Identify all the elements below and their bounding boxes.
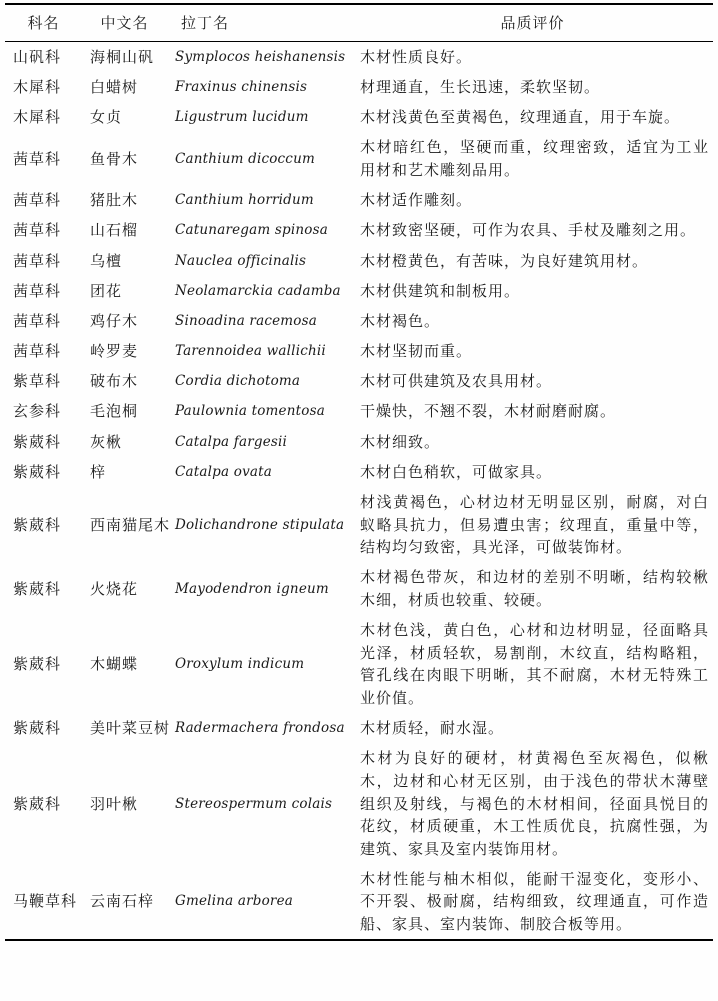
cell-chinese-name: 鱼骨木: [82, 133, 167, 186]
cell-latin-name: Tarennoidea wallichii: [167, 336, 352, 366]
cell-chinese-name: 团花: [82, 276, 167, 306]
cell-latin-name: Catunaregam spinosa: [167, 216, 352, 246]
cell-latin-name: Catalpa ovata: [167, 457, 352, 487]
cell-family: 茜草科: [5, 216, 82, 246]
cell-quality: 木材细致。: [352, 427, 713, 457]
table-row: 茜草科猪肚木Canthium horridum木材适作雕刻。: [5, 185, 713, 215]
cell-quality: 材浅黄褐色，心材边材无明显区别，耐腐，对白蚁略具抗力，但易遭虫害；纹理直，重量中…: [352, 487, 713, 562]
column-header-family: 科名: [5, 4, 82, 42]
cell-family: 紫葳科: [5, 744, 82, 865]
cell-quality: 木材致密坚硬，可作为农具、手杖及雕刻之用。: [352, 216, 713, 246]
cell-family: 茜草科: [5, 336, 82, 366]
table-row: 山矾科海桐山矾Symplocos heishanensis木材性质良好。: [5, 42, 713, 73]
table-row: 玄参科毛泡桐Paulownia tomentosa干燥快，不翘不裂，木材耐磨耐腐…: [5, 397, 713, 427]
cell-family: 紫草科: [5, 366, 82, 396]
cell-quality: 木材可供建筑及农具用材。: [352, 366, 713, 396]
cell-quality: 木材性能与柚木相似，能耐干湿变化，变形小、不开裂、极耐腐，结构细致，纹理通直，可…: [352, 864, 713, 940]
table-row: 茜草科鱼骨木Canthium dicoccum木材暗红色，坚硬而重，纹理密致，适…: [5, 133, 713, 186]
cell-chinese-name: 火烧花: [82, 563, 167, 616]
cell-latin-name: Sinoadina racemosa: [167, 306, 352, 336]
cell-chinese-name: 岭罗麦: [82, 336, 167, 366]
table-row: 木犀科女贞Ligustrum lucidum木材浅黄色至黄褐色，纹理通直，用于车…: [5, 102, 713, 132]
cell-chinese-name: 破布木: [82, 366, 167, 396]
cell-family: 玄参科: [5, 397, 82, 427]
cell-latin-name: Radermachera frondosa: [167, 713, 352, 743]
table-row: 紫葳科火烧花Mayodendron igneum木材褐色带灰，和边材的差别不明晰…: [5, 563, 713, 616]
table-row: 紫葳科美叶菜豆树Radermachera frondosa木材质轻，耐水湿。: [5, 713, 713, 743]
cell-family: 茜草科: [5, 306, 82, 336]
column-header-chinese-name: 中文名: [82, 4, 167, 42]
table-row: 茜草科乌檀Nauclea officinalis木材橙黄色，有苦味，为良好建筑用…: [5, 246, 713, 276]
cell-quality: 材理通直，生长迅速，柔软坚韧。: [352, 72, 713, 102]
cell-quality: 木材暗红色，坚硬而重，纹理密致，适宜为工业用材和艺术雕刻品用。: [352, 133, 713, 186]
cell-family: 茜草科: [5, 133, 82, 186]
cell-quality: 干燥快，不翘不裂，木材耐磨耐腐。: [352, 397, 713, 427]
cell-family: 马鞭草科: [5, 864, 82, 940]
table-row: 紫草科破布木Cordia dichotoma木材可供建筑及农具用材。: [5, 366, 713, 396]
column-header-latin-name: 拉丁名: [167, 4, 352, 42]
cell-chinese-name: 梓: [82, 457, 167, 487]
cell-quality: 木材坚韧而重。: [352, 336, 713, 366]
cell-quality: 木材供建筑和制板用。: [352, 276, 713, 306]
table-row: 紫葳科梓Catalpa ovata木材白色稍软，可做家具。: [5, 457, 713, 487]
cell-chinese-name: 女贞: [82, 102, 167, 132]
table-header-row: 科名 中文名 拉丁名 品质评价: [5, 4, 713, 42]
table-row: 紫葳科灰楸Catalpa fargesii木材细致。: [5, 427, 713, 457]
cell-family: 木犀科: [5, 72, 82, 102]
cell-chinese-name: 乌檀: [82, 246, 167, 276]
cell-quality: 木材浅黄色至黄褐色，纹理通直，用于车旋。: [352, 102, 713, 132]
cell-latin-name: Oroxylum indicum: [167, 615, 352, 713]
cell-chinese-name: 云南石梓: [82, 864, 167, 940]
table-row: 茜草科鸡仔木Sinoadina racemosa木材褐色。: [5, 306, 713, 336]
cell-family: 紫葳科: [5, 457, 82, 487]
cell-chinese-name: 山石榴: [82, 216, 167, 246]
cell-quality: 木材褐色带灰，和边材的差别不明晰，结构较楸木细，材质也较重、较硬。: [352, 563, 713, 616]
cell-chinese-name: 西南猫尾木: [82, 487, 167, 562]
table-body: 山矾科海桐山矾Symplocos heishanensis木材性质良好。木犀科白…: [5, 42, 713, 941]
column-header-quality: 品质评价: [352, 4, 713, 42]
table-row: 紫葳科西南猫尾木Dolichandrone stipulata材浅黄褐色，心材边…: [5, 487, 713, 562]
cell-latin-name: Catalpa fargesii: [167, 427, 352, 457]
table-row: 茜草科岭罗麦Tarennoidea wallichii木材坚韧而重。: [5, 336, 713, 366]
cell-chinese-name: 鸡仔木: [82, 306, 167, 336]
cell-latin-name: Canthium dicoccum: [167, 133, 352, 186]
cell-latin-name: Cordia dichotoma: [167, 366, 352, 396]
cell-chinese-name: 美叶菜豆树: [82, 713, 167, 743]
cell-chinese-name: 羽叶楸: [82, 744, 167, 865]
cell-latin-name: Gmelina arborea: [167, 864, 352, 940]
cell-family: 茜草科: [5, 185, 82, 215]
cell-latin-name: Fraxinus chinensis: [167, 72, 352, 102]
cell-family: 紫葳科: [5, 427, 82, 457]
cell-family: 紫葳科: [5, 615, 82, 713]
cell-chinese-name: 白蜡树: [82, 72, 167, 102]
cell-quality: 木材为良好的硬材，材黄褐色至灰褐色，似楸木，边材和心材无区别，由于浅色的带状木薄…: [352, 744, 713, 865]
cell-chinese-name: 海桐山矾: [82, 42, 167, 73]
cell-latin-name: Neolamarckia cadamba: [167, 276, 352, 306]
cell-chinese-name: 毛泡桐: [82, 397, 167, 427]
cell-latin-name: Nauclea officinalis: [167, 246, 352, 276]
cell-quality: 木材质轻，耐水湿。: [352, 713, 713, 743]
cell-family: 紫葳科: [5, 713, 82, 743]
table-row: 茜草科团花Neolamarckia cadamba木材供建筑和制板用。: [5, 276, 713, 306]
cell-latin-name: Mayodendron igneum: [167, 563, 352, 616]
cell-quality: 木材褐色。: [352, 306, 713, 336]
table-row: 紫葳科羽叶楸Stereospermum colais木材为良好的硬材，材黄褐色至…: [5, 744, 713, 865]
cell-quality: 木材色浅，黄白色，心材和边材明显，径面略具光泽，材质轻软，易割削，木纹直，结构略…: [352, 615, 713, 713]
cell-family: 木犀科: [5, 102, 82, 132]
table-row: 紫葳科木蝴蝶Oroxylum indicum木材色浅，黄白色，心材和边材明显，径…: [5, 615, 713, 713]
cell-latin-name: Ligustrum lucidum: [167, 102, 352, 132]
cell-family: 紫葳科: [5, 487, 82, 562]
table-row: 马鞭草科云南石梓Gmelina arborea木材性能与柚木相似，能耐干湿变化，…: [5, 864, 713, 940]
cell-latin-name: Stereospermum colais: [167, 744, 352, 865]
table-row: 茜草科山石榴Catunaregam spinosa木材致密坚硬，可作为农具、手杖…: [5, 216, 713, 246]
cell-latin-name: Canthium horridum: [167, 185, 352, 215]
cell-quality: 木材性质良好。: [352, 42, 713, 73]
cell-chinese-name: 灰楸: [82, 427, 167, 457]
cell-quality: 木材适作雕刻。: [352, 185, 713, 215]
cell-quality: 木材橙黄色，有苦味，为良好建筑用材。: [352, 246, 713, 276]
cell-latin-name: Paulownia tomentosa: [167, 397, 352, 427]
cell-latin-name: Symplocos heishanensis: [167, 42, 352, 73]
cell-chinese-name: 木蝴蝶: [82, 615, 167, 713]
cell-family: 山矾科: [5, 42, 82, 73]
cell-family: 茜草科: [5, 276, 82, 306]
cell-quality: 木材白色稍软，可做家具。: [352, 457, 713, 487]
cell-chinese-name: 猪肚木: [82, 185, 167, 215]
cell-family: 茜草科: [5, 246, 82, 276]
cell-latin-name: Dolichandrone stipulata: [167, 487, 352, 562]
document-page: 科名 中文名 拉丁名 品质评价 山矾科海桐山矾Symplocos heishan…: [0, 0, 718, 1001]
table-row: 木犀科白蜡树Fraxinus chinensis材理通直，生长迅速，柔软坚韧。: [5, 72, 713, 102]
cell-family: 紫葳科: [5, 563, 82, 616]
wood-species-table: 科名 中文名 拉丁名 品质评价 山矾科海桐山矾Symplocos heishan…: [5, 3, 713, 941]
